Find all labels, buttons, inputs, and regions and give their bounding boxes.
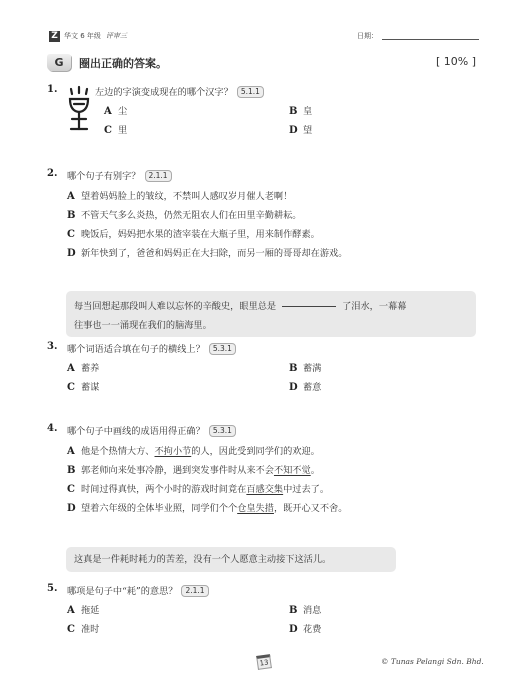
question-prompt: 哪个句子中画线的成语用得正确？: [67, 426, 205, 437]
option-b[interactable]: B消息: [289, 602, 321, 616]
option-c[interactable]: C蓄谋: [67, 379, 99, 393]
option-letter: D: [67, 503, 81, 514]
question-number: 5.: [47, 583, 57, 594]
option-letter: D: [289, 624, 303, 635]
option-letter: B: [289, 363, 303, 374]
option-text: 中过去了。: [283, 484, 329, 495]
section-heading: G 圈出正确的答案。 [ 10% ]: [47, 54, 479, 74]
passage-text: 往事也一一涌现在我们的脑海里。: [74, 320, 212, 331]
option-b[interactable]: B蓄满: [289, 360, 321, 374]
option-letter: C: [104, 125, 118, 136]
option-letter: B: [289, 605, 303, 616]
section-score: [ 10% ]: [436, 55, 476, 68]
option-letter: C: [67, 624, 81, 635]
underlined-idiom: 不拘小节: [155, 446, 192, 457]
option-a[interactable]: A蓄养: [67, 360, 99, 374]
option-text: 花费: [303, 624, 321, 635]
question-number: 2.: [47, 168, 57, 179]
question-text: 哪个词语适合填在句子的横线上？5.3.1: [67, 341, 236, 355]
option-letter: A: [104, 106, 118, 117]
book-subtitle: 评审三: [106, 32, 127, 40]
page-number: 13: [256, 654, 272, 670]
option-letter: B: [67, 465, 81, 476]
option-letter: D: [289, 125, 303, 136]
option-c[interactable]: C准时: [67, 621, 99, 635]
option-text: 蓄养: [81, 363, 99, 374]
book-title: 华文 6 年级评审三: [64, 31, 127, 41]
page-header: Z 华文 6 年级评审三 日期：: [49, 30, 479, 46]
date-field[interactable]: [382, 39, 479, 40]
passage-text: 了泪水，一幕幕: [342, 301, 406, 312]
underlined-idiom: 不知不觉: [274, 465, 311, 476]
question-text: 哪个句子中画线的成语用得正确？5.3.1: [67, 423, 236, 437]
option-letter: A: [67, 363, 81, 374]
question-prompt: 哪项是句子中“耗”的意思？: [67, 586, 177, 597]
underlined-idiom: 百感交集: [246, 484, 283, 495]
option-d[interactable]: D新年快到了，爸爸和妈妈正在大扫除，而另一厢的哥哥却在游戏。: [67, 245, 347, 259]
passage-text: 每当回想起那段叫人难以忘怀的辛酸史，眼里总是: [74, 301, 276, 312]
option-letter: D: [67, 248, 81, 259]
passage-text: 这真是一件耗时耗力的苦差，没有一个人愿意主动接下这活儿。: [74, 554, 331, 565]
option-text: 。: [311, 465, 320, 476]
option-a[interactable]: A拖延: [67, 602, 99, 616]
question-prompt: 哪个句子有别字？: [67, 171, 141, 182]
question-prompt: 哪个词语适合填在句子的横线上？: [67, 344, 205, 355]
question-text: 左边的字演变成现在的哪个汉字？5.1.1: [95, 84, 264, 98]
publisher-logo-icon: Z: [49, 31, 60, 42]
option-c[interactable]: C晚饭后，妈妈把水果的渣宰装在大瓶子里，用来制作酵素。: [67, 226, 320, 240]
option-d[interactable]: D望: [289, 122, 312, 136]
option-text: 的人，因此受到同学们的欢迎。: [191, 446, 320, 457]
option-letter: A: [67, 191, 81, 202]
option-text: 皇: [303, 106, 312, 117]
option-letter: C: [67, 229, 81, 240]
option-b[interactable]: B郭老师向来处事冷静，遇到突发事件时从来不会不知不觉。: [67, 462, 320, 476]
option-text: 拖延: [81, 605, 99, 616]
option-text: 消息: [303, 605, 321, 616]
question-text: 哪个句子有别字？2.1.1: [67, 168, 172, 182]
question-text: 哪项是句子中“耗”的意思？2.1.1: [67, 583, 209, 597]
ancient-character-icon: [68, 85, 90, 133]
option-text: 他是个热情大方、: [81, 446, 155, 457]
option-letter: C: [67, 382, 81, 393]
option-text: 蓄满: [303, 363, 321, 374]
option-letter: D: [289, 382, 303, 393]
passage-box-q5: 这真是一件耗时耗力的苦差，没有一个人愿意主动接下这活儿。: [66, 547, 396, 572]
skill-tag: 5.1.1: [237, 86, 264, 98]
option-letter: A: [67, 446, 81, 457]
option-a[interactable]: A望着妈妈脸上的皱纹，不禁叫人感叹岁月催人老啊！: [67, 188, 292, 202]
option-letter: B: [67, 210, 81, 221]
skill-tag: 2.1.1: [181, 585, 208, 597]
option-d[interactable]: D望着六年级的全体毕业照，同学们个个仓皇失措，既开心又不舍。: [67, 500, 347, 514]
option-letter: A: [67, 605, 81, 616]
question-number: 4.: [47, 423, 57, 434]
question-number: 1.: [47, 84, 57, 95]
option-text: 望着妈妈脸上的皱纹，不禁叫人感叹岁月催人老啊！: [81, 191, 292, 202]
date-label: 日期：: [357, 31, 378, 41]
option-text: 新年快到了，爸爸和妈妈正在大扫除，而另一厢的哥哥却在游戏。: [81, 248, 347, 259]
page-number-calendar-icon: 13: [254, 650, 272, 670]
question-number: 3.: [47, 341, 57, 352]
option-c[interactable]: C里: [104, 122, 127, 136]
option-text: 里: [118, 125, 127, 136]
option-a[interactable]: A他是个热情大方、不拘小节的人，因此受到同学们的欢迎。: [67, 443, 320, 457]
underlined-idiom: 仓皇失措: [237, 503, 274, 514]
section-badge: G: [47, 54, 71, 71]
option-text: 蓄谋: [81, 382, 99, 393]
option-text: 郭老师向来处事冷静，遇到突发事件时从来不会: [81, 465, 274, 476]
option-text: 望着六年级的全体毕业照，同学们个个: [81, 503, 237, 514]
option-text: ，既开心又不舍。: [274, 503, 348, 514]
option-d[interactable]: D花费: [289, 621, 321, 635]
option-b[interactable]: B不管天气多么炎热，仍然无阻农人们在田里辛勤耕耘。: [67, 207, 302, 221]
skill-tag: 5.3.1: [209, 425, 236, 437]
section-title: 圈出正确的答案。: [79, 55, 167, 71]
option-a[interactable]: A尘: [104, 103, 127, 117]
skill-tag: 2.1.1: [145, 170, 172, 182]
fill-in-blank[interactable]: [282, 306, 336, 307]
option-letter: B: [289, 106, 303, 117]
copyright: © Tunas Pelangi Sdn. Bhd.: [381, 657, 484, 666]
option-text: 望: [303, 125, 312, 136]
passage-box-q3: 每当回想起那段叫人难以忘怀的辛酸史，眼里总是了泪水，一幕幕 往事也一一涌现在我们…: [66, 291, 476, 337]
question-prompt: 左边的字演变成现在的哪个汉字？: [95, 87, 233, 98]
skill-tag: 5.3.1: [209, 343, 236, 355]
option-text: 准时: [81, 624, 99, 635]
option-c[interactable]: C时间过得真快，两个小时的游戏时间竟在百感交集中过去了。: [67, 481, 329, 495]
option-letter: C: [67, 484, 81, 495]
option-text: 尘: [118, 106, 127, 117]
option-text: 不管天气多么炎热，仍然无阻农人们在田里辛勤耕耘。: [81, 210, 302, 221]
option-b[interactable]: B皇: [289, 103, 312, 117]
book-title-text: 华文 6 年级: [64, 32, 101, 40]
option-text: 蓄意: [303, 382, 321, 393]
option-d[interactable]: D蓄意: [289, 379, 321, 393]
option-text: 时间过得真快，两个小时的游戏时间竟在: [81, 484, 246, 495]
option-text: 晚饭后，妈妈把水果的渣宰装在大瓶子里，用来制作酵素。: [81, 229, 320, 240]
